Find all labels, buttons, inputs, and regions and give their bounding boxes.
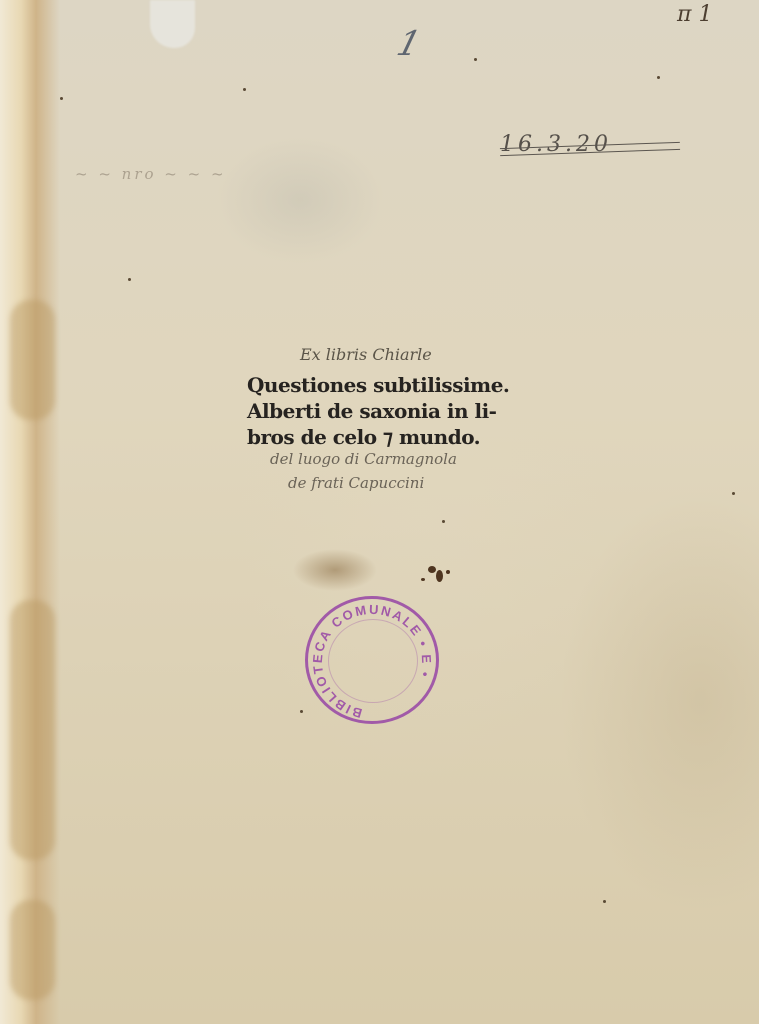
svg-text:BIBLIOTECA COMUNALE • E •: BIBLIOTECA COMUNALE • E • xyxy=(310,602,434,721)
ink-blot xyxy=(436,570,443,582)
speck xyxy=(732,492,735,495)
ink-blot xyxy=(428,566,436,573)
speck xyxy=(603,900,606,903)
printed-title: Questiones subtilissime. Alberti de saxo… xyxy=(247,372,507,450)
provenance-inscription: del luogo di Carmagnola xyxy=(270,450,457,468)
page-left-edge-damage xyxy=(0,0,60,1024)
stamp-text: BIBLIOTECA COMUNALE • E • xyxy=(310,602,434,721)
ink-blot xyxy=(446,570,450,574)
corner-mark: π 1 xyxy=(677,2,712,27)
library-stamp: BIBLIOTECA COMUNALE • E • xyxy=(305,596,439,724)
edge-stain xyxy=(10,900,55,1000)
faded-handwritten-note: ~ ~ nro ~ ~ ~ xyxy=(75,165,227,183)
ex-libris-inscription: Ex libris Chiarle xyxy=(300,345,432,364)
speck xyxy=(128,278,131,281)
title-line: Alberti de saxonia in li- xyxy=(247,398,507,424)
title-line: Questiones subtilissime. xyxy=(247,372,507,398)
speck xyxy=(243,88,246,91)
document-page: 1 π 1 16.3.20 ~ ~ nro ~ ~ ~ Ex libris Ch… xyxy=(0,0,759,1024)
speck xyxy=(442,520,445,523)
title-line: bros de celo ⁊ mundo. xyxy=(247,424,507,450)
speck xyxy=(474,58,477,61)
speck xyxy=(657,76,660,79)
ink-blot xyxy=(421,578,425,581)
provenance-inscription: de frati Capuccini xyxy=(288,474,424,492)
edge-stain xyxy=(10,300,55,420)
top-edge-tear xyxy=(150,0,195,48)
speck xyxy=(60,97,63,100)
folio-number: 1 xyxy=(393,24,425,64)
edge-stain xyxy=(10,600,55,860)
stamp-text-ring: BIBLIOTECA COMUNALE • E • xyxy=(305,596,439,724)
speck xyxy=(300,710,303,713)
